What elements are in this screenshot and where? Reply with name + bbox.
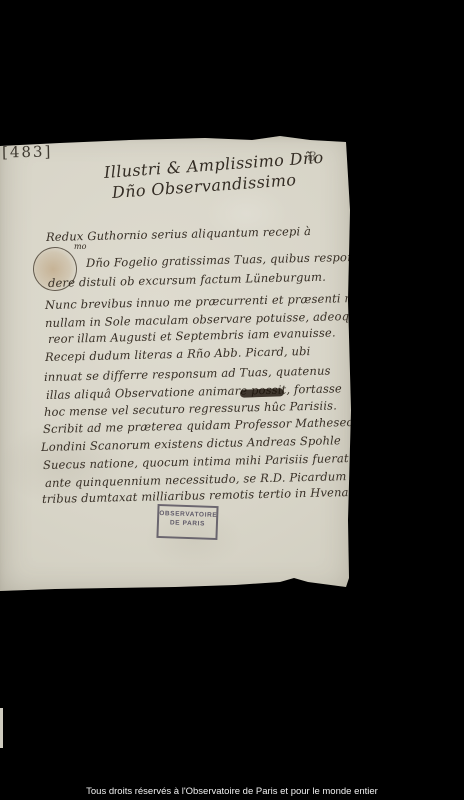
copyright-footer: Tous droits réservés à l'Observatoire de… [0,786,464,797]
observatory-stamp: OBSERVATOIRE DE PARIS [156,504,218,540]
manuscript-line: Recepi dudum literas a Rño Abb. Picard, … [45,344,311,364]
paper-edge-sliver [0,708,3,748]
archival-number: [483] [2,143,53,162]
flourish-superscript: mo [74,242,86,251]
manuscript-line: Redux Guthornio serius aliquantum recepi… [46,224,311,244]
manuscript-line: Londini Scanorum existens dictus Andreas… [41,433,341,454]
letter-page: [483] 8 Illustri & Amplissimo Dño Dño Ob… [0,130,352,594]
manuscript-line: dere distuli ob excursum factum Lüneburg… [48,270,326,290]
manuscript-line: Suecus natione, quocum intima mihi Paris… [43,451,349,472]
manuscript-line: innuat se differre responsum ad Tuas, qu… [44,363,331,384]
manuscript-scan: [483] 8 Illustri & Amplissimo Dño Dño Ob… [0,0,464,800]
manuscript-line: Scribit ad me præterea quidam Professor … [43,415,360,436]
manuscript-line: Dño Fogelio gratissimas Tuas, quibus res… [86,250,355,270]
ink-scribble [240,388,284,398]
